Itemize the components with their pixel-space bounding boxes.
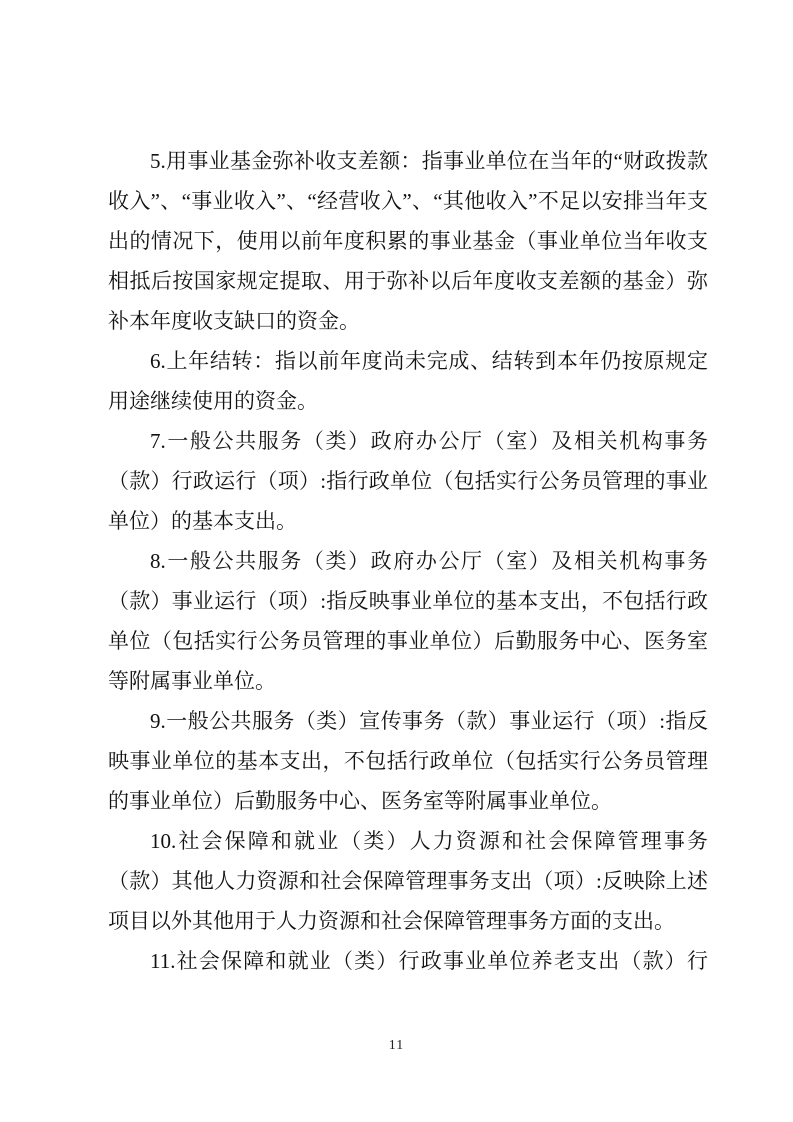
definition-paragraph-6: 6.上年结转：指以前年度尚未完成、结转到本年仍按原规定用途继续使用的资金。 — [108, 341, 708, 421]
definition-paragraph-10: 10.社会保障和就业（类）人力资源和社会保障管理事务（款）其他人力资源和社会保障… — [108, 821, 708, 941]
definition-paragraph-8: 8.一般公共服务（类）政府办公厅（室）及相关机构事务（款）事业运行（项）:指反映… — [108, 541, 708, 701]
definition-paragraph-5: 5.用事业基金弥补收支差额：指事业单位在当年的“财政拨款收入”、“事业收入”、“… — [108, 141, 708, 341]
definition-paragraph-9: 9.一般公共服务（类）宣传事务（款）事业运行（项）:指反映事业单位的基本支出，不… — [108, 701, 708, 821]
definition-paragraph-11: 11.社会保障和就业（类）行政事业单位养老支出（款）行 — [108, 941, 708, 981]
page-number: 11 — [0, 1038, 793, 1054]
document-body: 5.用事业基金弥补收支差额：指事业单位在当年的“财政拨款收入”、“事业收入”、“… — [108, 141, 708, 981]
document-page: 5.用事业基金弥补收支差额：指事业单位在当年的“财政拨款收入”、“事业收入”、“… — [0, 0, 793, 1122]
definition-paragraph-7: 7.一般公共服务（类）政府办公厅（室）及相关机构事务（款）行政运行（项）:指行政… — [108, 421, 708, 541]
